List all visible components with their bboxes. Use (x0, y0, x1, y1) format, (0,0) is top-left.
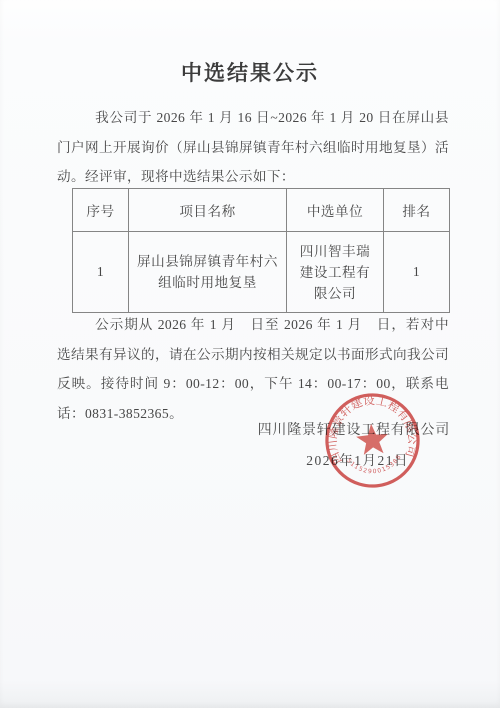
document-title: 中选结果公示 (0, 57, 500, 87)
cell-project-name: 屏山县锦屏镇青年村六组临时用地复垦 (129, 232, 287, 313)
header-row: 序号 项目名称 中选单位 排名 (73, 189, 450, 232)
document-page: 中选结果公示 我公司于 2026 年 1 月 16 日~2026 年 1 月 2… (0, 0, 500, 708)
intro-paragraph: 我公司于 2026 年 1 月 16 日~2026 年 1 月 20 日在屏山县… (57, 103, 449, 192)
result-table-body: 1 屏山县锦屏镇青年村六组临时用地复垦 四川智丰瑞建设工程有限公司 1 (73, 232, 450, 313)
result-table-header: 序号 项目名称 中选单位 排名 (73, 189, 450, 232)
result-table: 序号 项目名称 中选单位 排名 1 屏山县锦屏镇青年村六组临时用地复垦 四川智丰… (72, 188, 450, 313)
col-header-rank: 排名 (384, 189, 450, 232)
notice-paragraph: 公示期从 2026 年 1 月 日至 2026 年 1 月 日，若对中选结果有异… (57, 310, 449, 428)
cell-rank: 1 (384, 232, 450, 313)
cell-winner: 四川智丰瑞建设工程有限公司 (287, 232, 384, 313)
col-header-index: 序号 (73, 189, 129, 232)
col-header-project-name: 项目名称 (129, 189, 287, 232)
cell-index: 1 (73, 232, 129, 313)
col-header-winner: 中选单位 (287, 189, 384, 232)
signature-company: 四川隆景轩建设工程有限公司 (258, 419, 450, 439)
table-row: 1 屏山县锦屏镇青年村六组临时用地复垦 四川智丰瑞建设工程有限公司 1 (73, 232, 450, 313)
signature-date: 2026年1月21日 (306, 449, 409, 469)
